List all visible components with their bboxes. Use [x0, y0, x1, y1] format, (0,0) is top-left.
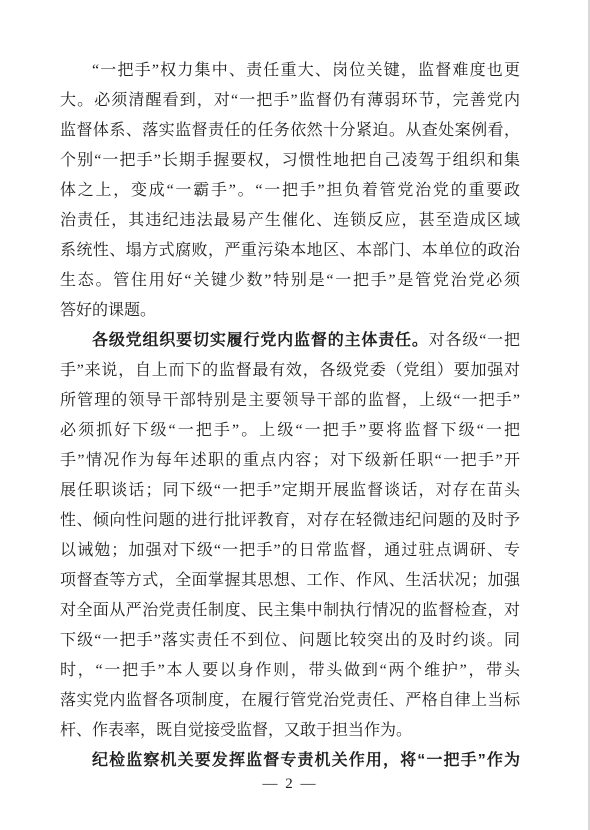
text-segment: 个别“一把手”长期手握要权，习惯性地把自己凌驾于组织和集: [60, 152, 520, 169]
text-line: 落实党内监督各项制度，在履行管党治党责任、严格自律上当标: [60, 686, 520, 716]
text-segment: 以诫勉；加强对下级“一把手”的日常监督，通过驻点调研、专: [60, 542, 520, 559]
text-line: 个别“一把手”长期手握要权，习惯性地把自己凌驾于组织和集: [60, 146, 520, 176]
text-line: 性、倾向性问题的进行批评教育，对存在轻微违纪问题的及时予: [60, 506, 520, 536]
text-segment: 体之上，变成“一霸手”。“一把手”担负着管党治党的重要政: [60, 182, 520, 199]
text-line: 体之上，变成“一霸手”。“一把手”担负着管党治党的重要政: [60, 176, 520, 206]
text-segment: 项督查等方式，全面掌握其思想、工作、作风、生活状况；加强: [60, 572, 520, 589]
text-line: 必须抓好下级“一把手”。上级“一把手”要将监督下级“一把: [60, 416, 520, 446]
text-segment: 性、倾向性问题的进行批评教育，对存在轻微违纪问题的及时予: [60, 512, 520, 529]
text-line: 治责任，其违纪违法最易产生催化、连锁反应，甚至造成区域性、: [60, 206, 520, 236]
text-line: 各级党组织要切实履行党内监督的主体责任。对各级“一把: [60, 326, 520, 356]
text-line: 对全面从严治党责任制度、民主集中制执行情况的监督检查，对: [60, 596, 520, 626]
text-line: 展任职谈话；同下级“一把手”定期开展监督谈话，对存在苗头: [60, 476, 520, 506]
bold-text-segment: 各级党组织要切实履行党内监督的主体责任。: [92, 332, 429, 349]
text-segment: 必须抓好下级“一把手”。上级“一把手”要将监督下级“一把: [60, 422, 520, 439]
text-segment: 落实党内监督各项制度，在履行管党治党责任、严格自律上当标: [60, 692, 520, 709]
text-line: 大。必须清醒看到，对“一把手”监督仍有薄弱环节，完善党内: [60, 86, 520, 116]
text-line: “一把手”权力集中、责任重大、岗位关键，监督难度也更: [60, 56, 520, 86]
paragraph-2: 各级党组织要切实履行党内监督的主体责任。对各级“一把手”来说，自上而下的监督最有…: [60, 326, 520, 746]
text-segment: 下级“一把手”落实责任不到位、问题比较突出的及时约谈。同: [60, 632, 520, 649]
text-segment: 治责任，其违纪违法最易产生催化、连锁反应，甚至造成区域性、: [60, 212, 520, 236]
text-line: 手”情况作为每年述职的重点内容；对下级新任职“一把手”开: [60, 446, 520, 476]
text-line: 项督查等方式，全面掌握其思想、工作、作风、生活状况；加强: [60, 566, 520, 596]
text-line: 监督体系、落实监督责任的任务依然十分紧迫。从查处案例看，: [60, 116, 520, 146]
text-segment: 答好的课题。: [60, 302, 156, 319]
text-segment: “一把手”权力集中、责任重大、岗位关键，监督难度也更: [92, 62, 520, 79]
text-line: 答好的课题。: [60, 296, 520, 326]
bold-text-segment: 纪检监察机关要发挥监督专责机关作用，将“一把手”作为: [92, 752, 520, 769]
text-segment: 杆、作表率，既自觉接受监督，又敢于担当作为。: [60, 722, 412, 739]
text-segment: 展任职谈话；同下级“一把手”定期开展监督谈话，对存在苗头: [60, 482, 520, 499]
text-line: 下级“一把手”落实责任不到位、问题比较突出的及时约谈。同: [60, 626, 520, 656]
text-line: 生态。管住用好“关键少数”特别是“一把手”是管党治党必须: [60, 266, 520, 296]
text-segment: 大。必须清醒看到，对“一把手”监督仍有薄弱环节，完善党内: [60, 92, 520, 109]
text-segment: 生态。管住用好“关键少数”特别是“一把手”是管党治党必须: [60, 272, 520, 289]
text-segment: 监督体系、落实监督责任的任务依然十分紧迫。从查处案例看，: [60, 122, 520, 139]
text-segment: 手”来说，自上而下的监督最有效，各级党委（党组）要加强对: [60, 362, 520, 379]
text-line: 所管理的领导干部特别是主要领导干部的监督，上级“一把手”: [60, 386, 520, 416]
text-line: 时，“一把手”本人要以身作则，带头做到“两个维护”，带头: [60, 656, 520, 686]
document-page: “一把手”权力集中、责任重大、岗位关键，监督难度也更大。必须清醒看到，对“一把手…: [0, 0, 590, 830]
text-segment: 系统性、塌方式腐败，严重污染本地区、本部门、本单位的政治: [60, 242, 520, 259]
text-segment: 对各级“一把: [429, 332, 520, 349]
text-segment: 对全面从严治党责任制度、民主集中制执行情况的监督检查，对: [60, 602, 520, 619]
text-segment: 所管理的领导干部特别是主要领导干部的监督，上级“一把手”: [60, 392, 520, 409]
page-number: — 2 —: [60, 772, 520, 796]
text-segment: 时，“一把手”本人要以身作则，带头做到“两个维护”，带头: [60, 662, 520, 679]
text-line: 以诫勉；加强对下级“一把手”的日常监督，通过驻点调研、专: [60, 536, 520, 566]
text-line: 手”来说，自上而下的监督最有效，各级党委（党组）要加强对: [60, 356, 520, 386]
text-line: 系统性、塌方式腐败，严重污染本地区、本部门、本单位的政治: [60, 236, 520, 266]
paragraph-1: “一把手”权力集中、责任重大、岗位关键，监督难度也更大。必须清醒看到，对“一把手…: [60, 56, 520, 326]
document-body: “一把手”权力集中、责任重大、岗位关键，监督难度也更大。必须清醒看到，对“一把手…: [60, 56, 520, 776]
text-segment: 手”情况作为每年述职的重点内容；对下级新任职“一把手”开: [60, 452, 520, 469]
text-line: 杆、作表率，既自觉接受监督，又敢于担当作为。: [60, 716, 520, 746]
